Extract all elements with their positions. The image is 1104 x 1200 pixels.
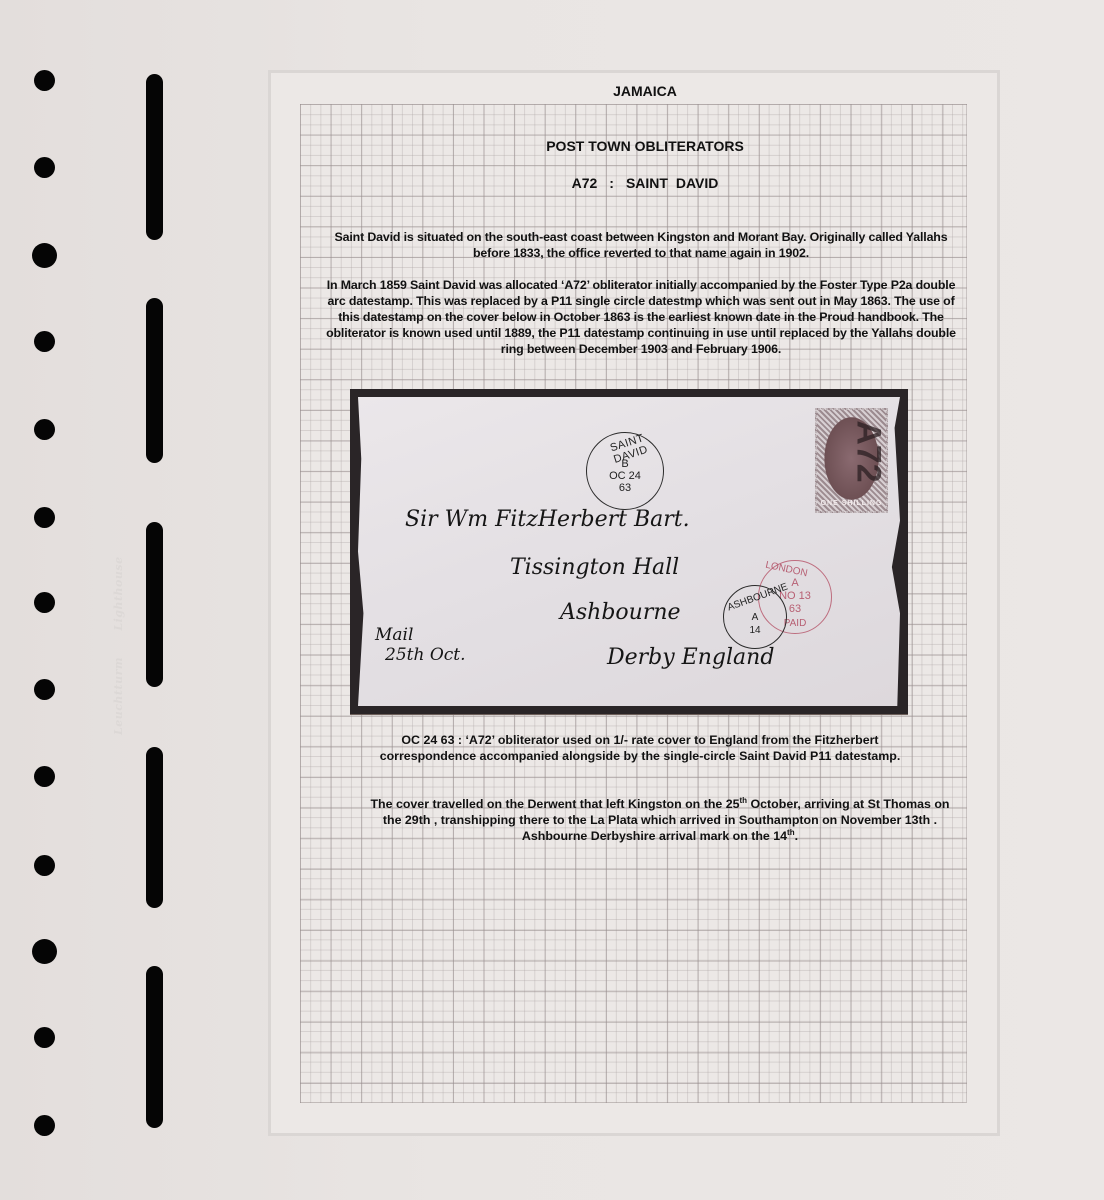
ordinal-suffix: th xyxy=(740,796,748,805)
postmark-line: 63 xyxy=(587,482,663,494)
voyage-text: The cover travelled on the Derwent that … xyxy=(370,797,739,811)
page-section-heading: POST TOWN OBLITERATORS xyxy=(300,138,990,154)
address-line: Tissington Hall xyxy=(510,555,679,580)
postage-stamp: A72 ONE SHILLING xyxy=(815,408,888,513)
binder-hole xyxy=(34,766,55,787)
obliterator-cancel: A72 xyxy=(849,420,888,482)
postmark-date: B OC 24 63 xyxy=(587,458,663,494)
subtitle-separator: : xyxy=(609,175,614,191)
binder-slot xyxy=(146,966,163,1128)
postmark-line: A xyxy=(724,611,786,624)
binder-hole xyxy=(32,243,57,268)
postmark-line: 14 xyxy=(724,624,786,637)
binder-hole xyxy=(34,1027,55,1048)
intro-paragraph: Saint David is situated on the south-eas… xyxy=(326,229,956,261)
docket-note: 25th Oct. xyxy=(385,645,466,665)
postmark-line: OC 24 xyxy=(587,470,663,482)
ordinal-suffix: th xyxy=(787,828,795,837)
binder-slot xyxy=(146,298,163,463)
binder-hole xyxy=(34,70,55,91)
post-town-name: SAINT DAVID xyxy=(626,175,718,191)
stamp-value-label: ONE SHILLING xyxy=(817,500,886,507)
voyage-text: . xyxy=(795,829,798,843)
binder-hole xyxy=(34,1115,55,1136)
binder-hole xyxy=(34,331,55,352)
cover-caption: OC 24 63 : ‘A72’ obliterator used on 1/-… xyxy=(360,732,920,764)
binder-slot xyxy=(146,747,163,908)
binder-hole xyxy=(34,157,55,178)
postmark-date: A 14 xyxy=(724,611,786,637)
binder-hole xyxy=(32,939,57,964)
binder-slot xyxy=(146,74,163,240)
binder-slot xyxy=(146,522,163,687)
saint-david-datestamp: SAINT DAVID B OC 24 63 xyxy=(586,432,664,510)
binder-hole xyxy=(34,855,55,876)
voyage-description: The cover travelled on the Derwent that … xyxy=(360,796,960,844)
address-line: Derby England xyxy=(607,645,774,670)
page-country-heading: JAMAICA xyxy=(300,83,990,99)
address-line: Ashbourne xyxy=(560,600,681,625)
album-brand-watermark: Leuchtturm Lighthouse xyxy=(112,534,125,735)
page-subtitle: A72:SAINT DAVID xyxy=(300,175,990,191)
binder-hole xyxy=(34,507,55,528)
binder-hole xyxy=(34,419,55,440)
ashbourne-arrival-mark: ASHBOURNE A 14 xyxy=(723,585,787,649)
binder-hole xyxy=(34,679,55,700)
history-paragraph: In March 1859 Saint David was allocated … xyxy=(326,277,956,357)
postmark-line: B xyxy=(587,458,663,470)
brand-text: Lighthouse xyxy=(112,556,125,630)
address-line: Sir Wm FitzHerbert Bart. xyxy=(405,507,690,532)
obliterator-code: A72 xyxy=(572,175,598,191)
binder-hole xyxy=(34,592,55,613)
docket-note: Mail xyxy=(375,625,413,645)
brand-text: Leuchtturm xyxy=(112,657,125,735)
